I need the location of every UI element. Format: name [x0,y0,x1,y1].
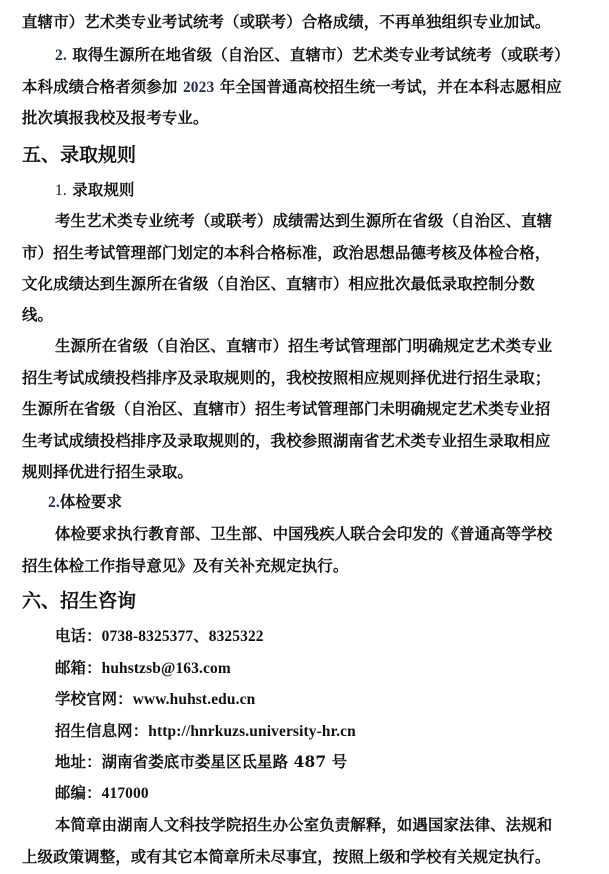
contact-admission-site: 招生信息网：http://hnrkuzs.university-hr.cn [55,721,356,742]
contact-website: 学校官网：www.huhst.edu.cn [55,689,255,710]
subheading-admission-rules: 1. 录取规则 [55,180,135,201]
contact-address: 地址：湖南省娄底市娄星区氐星路 487 号 [55,752,347,772]
list-number: 2. [48,494,60,511]
contact-value: 417000 [102,785,149,802]
paragraph-line: 规则择优进行招生录取。 [22,462,193,482]
contact-value: 0738-8325377、8325322 [102,628,264,645]
contact-value: 湖南省娄底市娄星区氐星路 487 号 [102,753,348,771]
email-link[interactable]: huhstzsb@163.com [102,660,231,677]
contact-label: 招生信息网： [55,722,148,740]
contact-label: 地址： [55,753,102,771]
paragraph-line: 直辖市）艺术类专业考试统考（或联考）合格成绩，不再单独组织专业加试。 [22,12,550,32]
website-link[interactable]: www.huhst.edu.cn [133,691,256,708]
paragraph-line: 考生艺术类专业统考（或联考）成绩需达到生源所在省级（自治区、直辖 [55,211,552,231]
paragraph-text: 取得生源所在地省级（自治区、直辖市）艺术类专业考试统考（或联考） [72,46,569,64]
list-number: 1. [55,182,67,199]
contact-phone: 电话：0738-8325377、8325322 [55,626,264,647]
contact-label: 电话： [55,627,102,645]
contact-label: 学校官网： [55,690,133,708]
paragraph-line: 招生考试成绩投档排序及录取规则的，我校按照相应规则择优进行招生录取； [22,368,550,388]
paragraph-line: 体检要求执行教育部、卫生部、中国残疾人联合会印发的《普通高等学校 [55,524,552,544]
section-heading-admission-rules: 五、录取规则 [22,143,136,167]
paragraph-line: 批次填报我校及报考专业。 [22,108,209,128]
contact-label: 邮箱： [55,659,102,677]
paragraph-line: 上级政策调整，或有其它本简章所未尽事宜，按照上级和学校有关规定执行。 [22,847,550,867]
contact-postcode: 邮编：417000 [55,783,149,804]
paragraph-line: 文化成绩达到生源所在省级（自治区、直辖市）相应批次最低录取控制分数 [22,274,535,294]
paragraph-line: 生源所在省级（自治区、直辖市）招生考试管理部门未明确规定艺术类专业招 [22,399,550,419]
paragraph-line: 本简章由湖南人文科技学院招生办公室负责解释，如遇国家法律、法规和 [55,815,552,835]
admission-site-link[interactable]: http://hnrkuzs.university-hr.cn [148,723,356,740]
contact-label: 邮编： [55,784,102,802]
subheading-text: 体检要求 [60,493,122,511]
paragraph-line: 线。 [22,305,53,325]
list-item-2: 2. 取得生源所在地省级（自治区、直辖市）艺术类专业考试统考（或联考） [55,45,570,66]
subheading-text: 录取规则 [72,181,134,199]
subheading-health-check: 2.体检要求 [48,492,122,513]
paragraph-line: 生源所在省级（自治区、直辖市）招生考试管理部门明确规定艺术类专业 [55,336,552,356]
paragraph-text: 本科成绩合格者须参加 [22,78,177,96]
year-number: 2023 [183,79,214,96]
contact-email: 邮箱：huhstzsb@163.com [55,658,231,679]
list-number: 2. [55,47,67,64]
paragraph-line: 招生体检工作指导意见》及有关补充规定执行。 [22,556,348,576]
paragraph-line: 本科成绩合格者须参加 2023 年全国普通高校招生统一考试，并在本科志愿相应 [22,77,562,98]
paragraph-line: 市）招生考试管理部门划定的本科合格标准，政治思想品德考核及体检合格， [22,243,550,263]
paragraph-line: 生考试成绩投档排序及录取规则的，我校参照湖南省艺术类专业招生录取相应 [22,431,550,451]
section-heading-enrollment-inquiry: 六、招生咨询 [22,589,136,613]
paragraph-text: 年全国普通高校招生统一考试，并在本科志愿相应 [220,78,562,96]
